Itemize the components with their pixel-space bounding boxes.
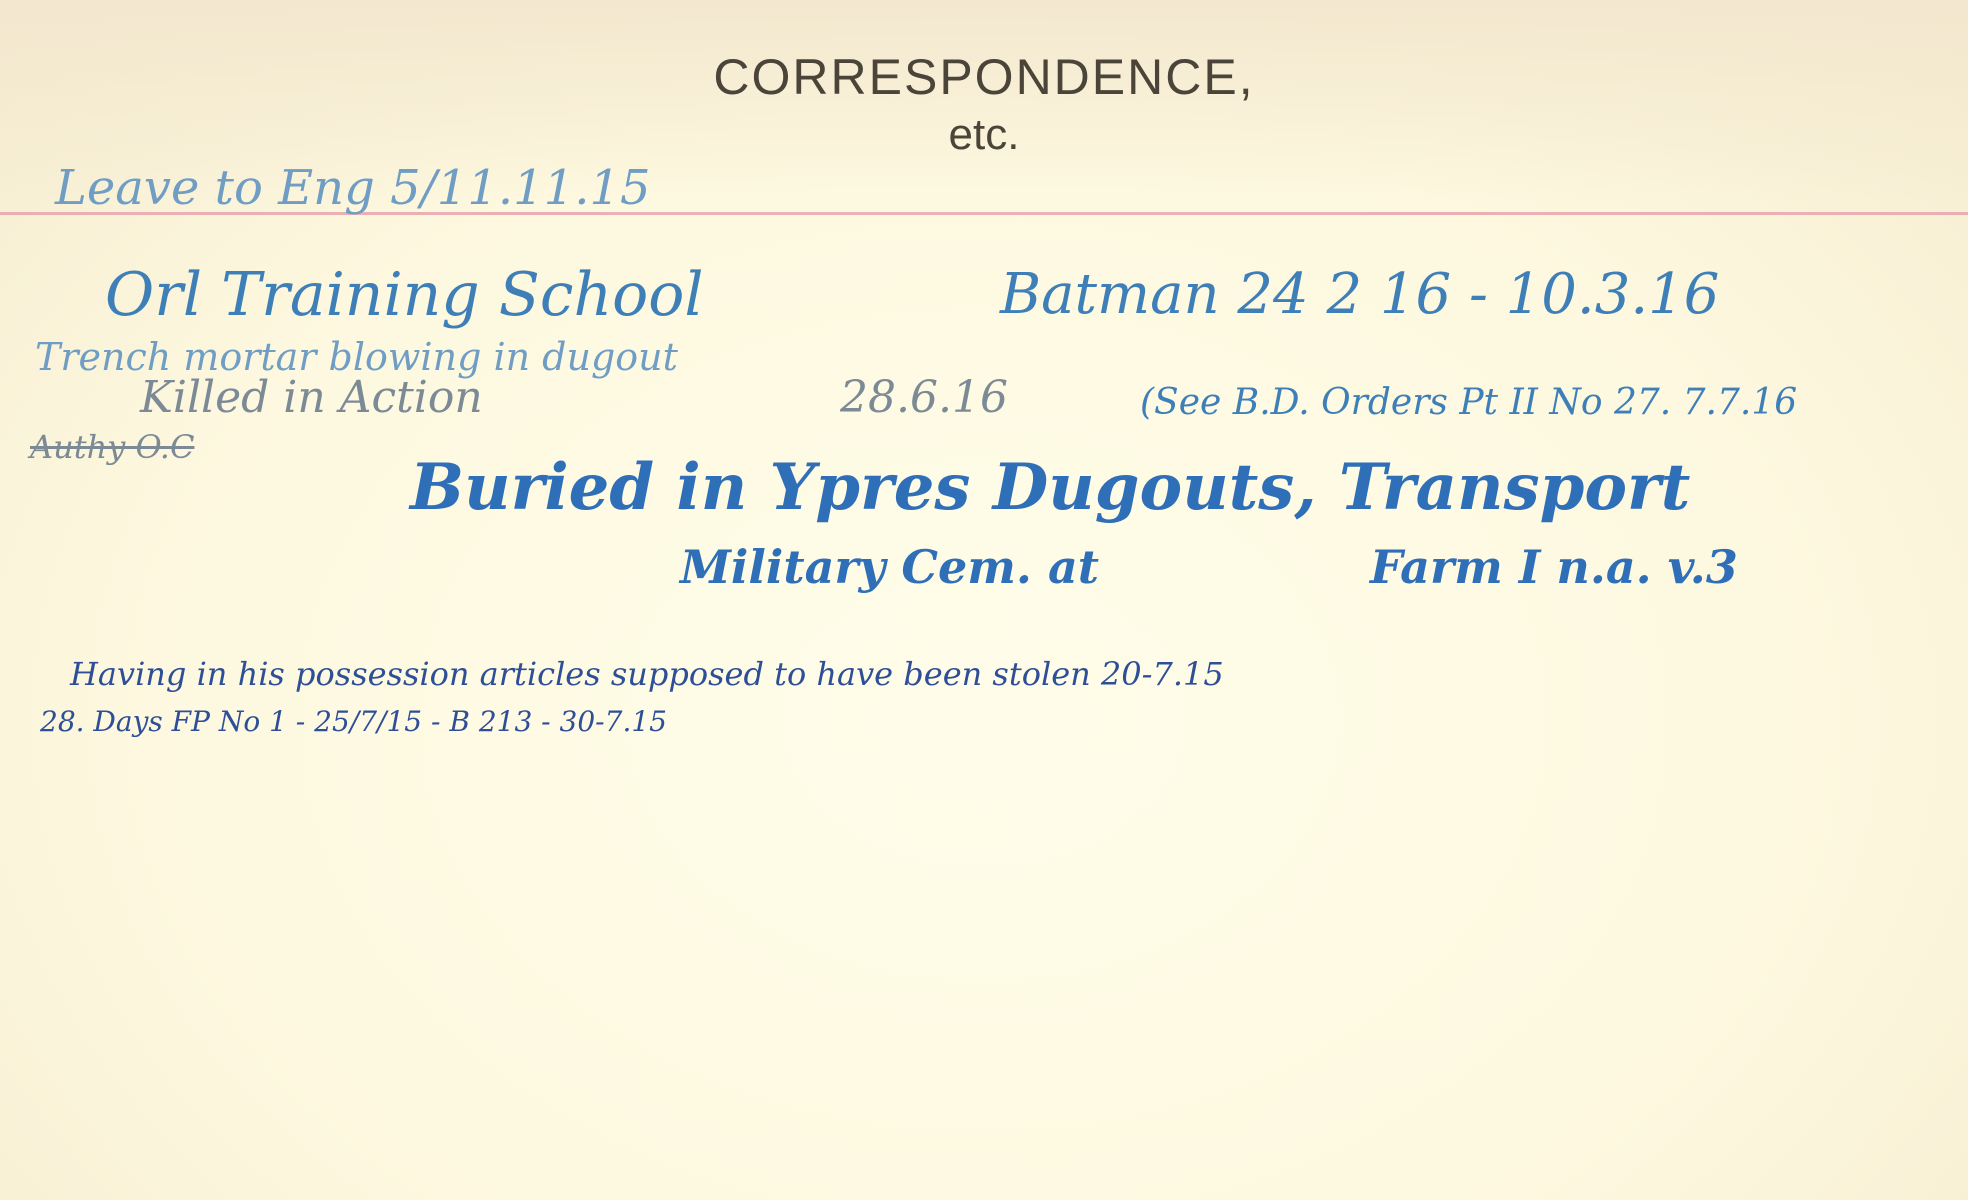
entry-authority-struck: Authy O.C <box>30 428 194 466</box>
entry-killed-date: 28.6.16 <box>840 372 1008 423</box>
entry-offence: Having in his possession articles suppos… <box>70 655 1224 693</box>
entry-cemetery: Military Cem. at <box>680 540 1099 594</box>
record-card: CORRESPONDENCE, etc. Leave to Eng 5/11.1… <box>0 0 1968 1200</box>
entry-leave: Leave to Eng 5/11.11.15 <box>55 160 651 216</box>
entry-orders-reference: (See B.D. Orders Pt II No 27. 7.7.16 <box>1140 382 1797 423</box>
entry-batman: Batman 24 2 16 - 10.3.16 <box>1000 262 1719 327</box>
card-subheading: etc. <box>0 110 1968 160</box>
entry-punishment: 28. Days FP No 1 - 25/7/15 - B 213 - 30-… <box>40 705 667 738</box>
entry-buried: Buried in Ypres Dugouts, Transport <box>410 450 1690 525</box>
entry-farm-grid: Farm I n.a. v.3 <box>1370 540 1738 594</box>
entry-training-school: Orl Training School <box>105 260 704 330</box>
card-heading: CORRESPONDENCE, <box>0 48 1968 106</box>
entry-killed-in-action: Killed in Action <box>140 372 483 423</box>
